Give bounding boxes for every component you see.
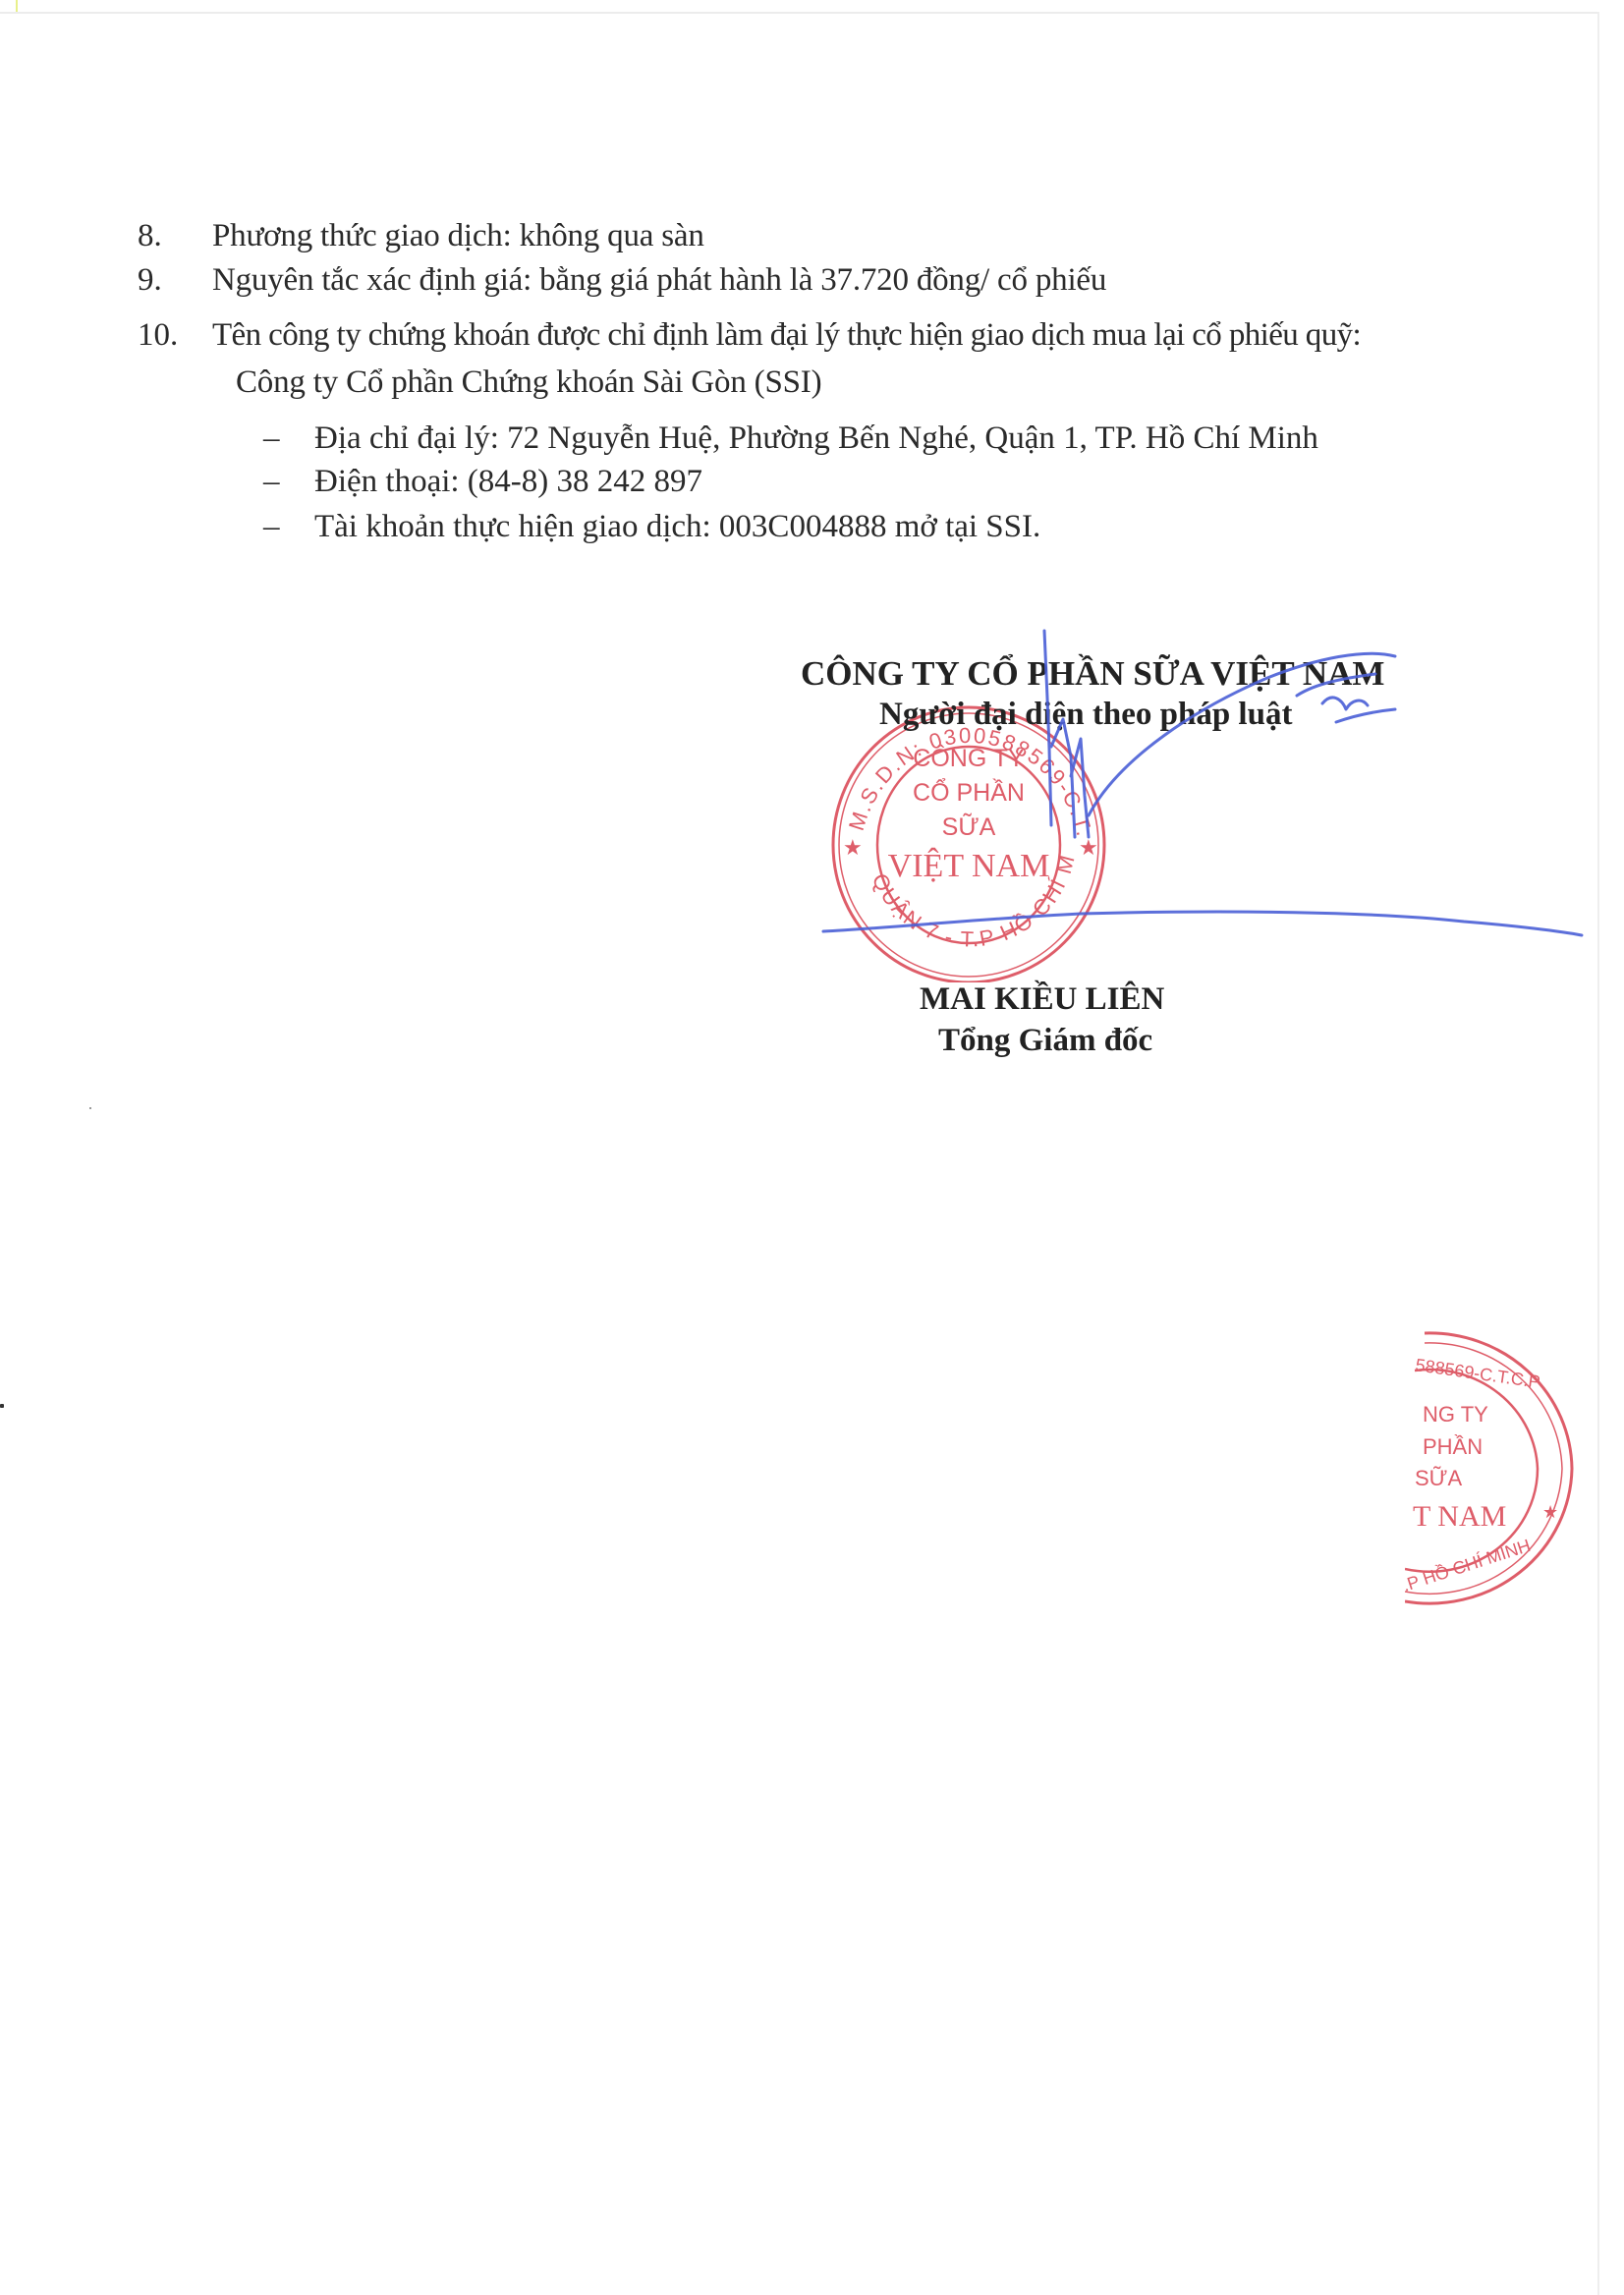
svg-text:588569-C.T.C.P: 588569-C.T.C.P <box>1414 1355 1541 1392</box>
broker-name: Công ty Cổ phần Chứng khoán Sài Gòn (SSI… <box>236 364 821 400</box>
svg-text:PHẦN: PHẦN <box>1423 1434 1483 1459</box>
svg-text:VIỆT NAM: VIỆT NAM <box>888 848 1050 884</box>
item-text: Phương thức giao dịch: không qua sàn <box>212 218 704 253</box>
svg-text:★: ★ <box>1079 836 1098 861</box>
partial-stamp: 588569-C.T.C.P .P HỒ CHÍ MINH ★ NG TY PH… <box>1405 1312 1582 1606</box>
svg-text:T NAM: T NAM <box>1413 1500 1506 1533</box>
company-name: CÔNG TY CỔ PHẦN SỮA VIỆT NAM <box>801 654 1384 694</box>
broker-address: Địa chỉ đại lý: 72 Nguyễn Huệ, Phường Bế… <box>314 420 1318 456</box>
svg-text:SỮA: SỮA <box>1415 1466 1462 1490</box>
svg-text:CÔNG TY: CÔNG TY <box>913 744 1025 772</box>
svg-text:CỔ PHẦN: CỔ PHẦN <box>913 777 1025 807</box>
item-text: Tên công ty chứng khoán được chỉ định là… <box>212 317 1361 353</box>
page-edge-top <box>0 12 1599 14</box>
dash-bullet: – <box>263 509 280 544</box>
page-edge-right <box>1597 12 1599 2295</box>
item-number: 9. <box>138 262 162 298</box>
item-number: 8. <box>138 218 162 253</box>
svg-text:SỮA: SỮA <box>942 812 996 841</box>
handwritten-signature <box>0 0 1624 982</box>
item-number: 10. <box>138 317 178 353</box>
item-text: Nguyên tắc xác định giá: bằng giá phát h… <box>212 262 1106 298</box>
scan-dot <box>0 1404 4 1408</box>
svg-text:★: ★ <box>843 836 863 861</box>
signer-title: Tổng Giám đốc <box>938 1022 1152 1059</box>
broker-account: Tài khoản thực hiện giao dịch: 003C00488… <box>314 509 1040 544</box>
svg-text:NG TY: NG TY <box>1423 1402 1488 1427</box>
svg-text:★: ★ <box>1542 1502 1558 1523</box>
broker-phone: Điện thoại: (84-8) 38 242 897 <box>314 464 702 499</box>
dash-bullet: – <box>263 464 280 499</box>
signer-name: MAI KIỀU LIÊN <box>920 980 1164 1018</box>
scan-dot <box>89 1107 91 1109</box>
legal-representative-label: Người đại diện theo pháp luật <box>879 696 1292 733</box>
dash-bullet: – <box>263 420 280 456</box>
